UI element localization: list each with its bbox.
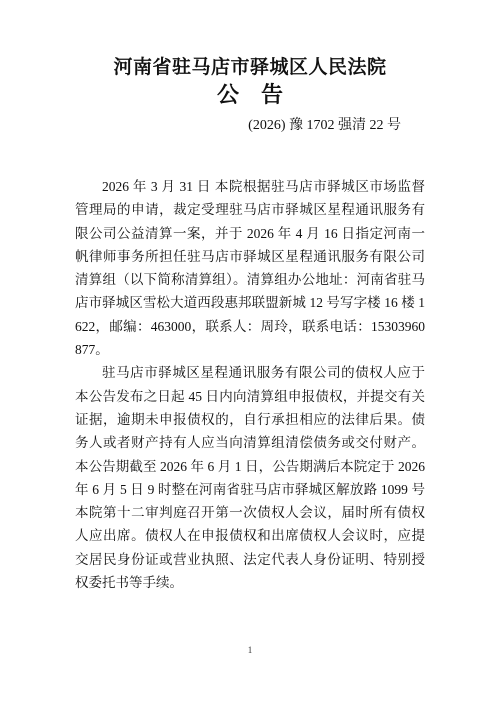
court-name: 河南省驻马店市驿城区人民法院 [75, 55, 425, 81]
paragraph-2: 驻马店市驿城区星程通讯服务有限公司的债权人应于本公告发布之日起 45 日内向清算… [75, 361, 425, 594]
document-page: 河南省驻马店市驿城区人民法院 公 告 (2026) 豫 1702 强清 22 号… [0, 0, 500, 707]
document-title: 公 告 [75, 81, 425, 109]
announcement-body: 2026 年 3 月 31 日 本院根据驻马店市驿城区市场监督管理局的申请，裁定… [75, 175, 425, 594]
page-number: 1 [0, 645, 500, 655]
case-number: (2026) 豫 1702 强清 22 号 [75, 117, 425, 135]
paragraph-1: 2026 年 3 月 31 日 本院根据驻马店市驿城区市场监督管理局的申请，裁定… [75, 175, 425, 361]
